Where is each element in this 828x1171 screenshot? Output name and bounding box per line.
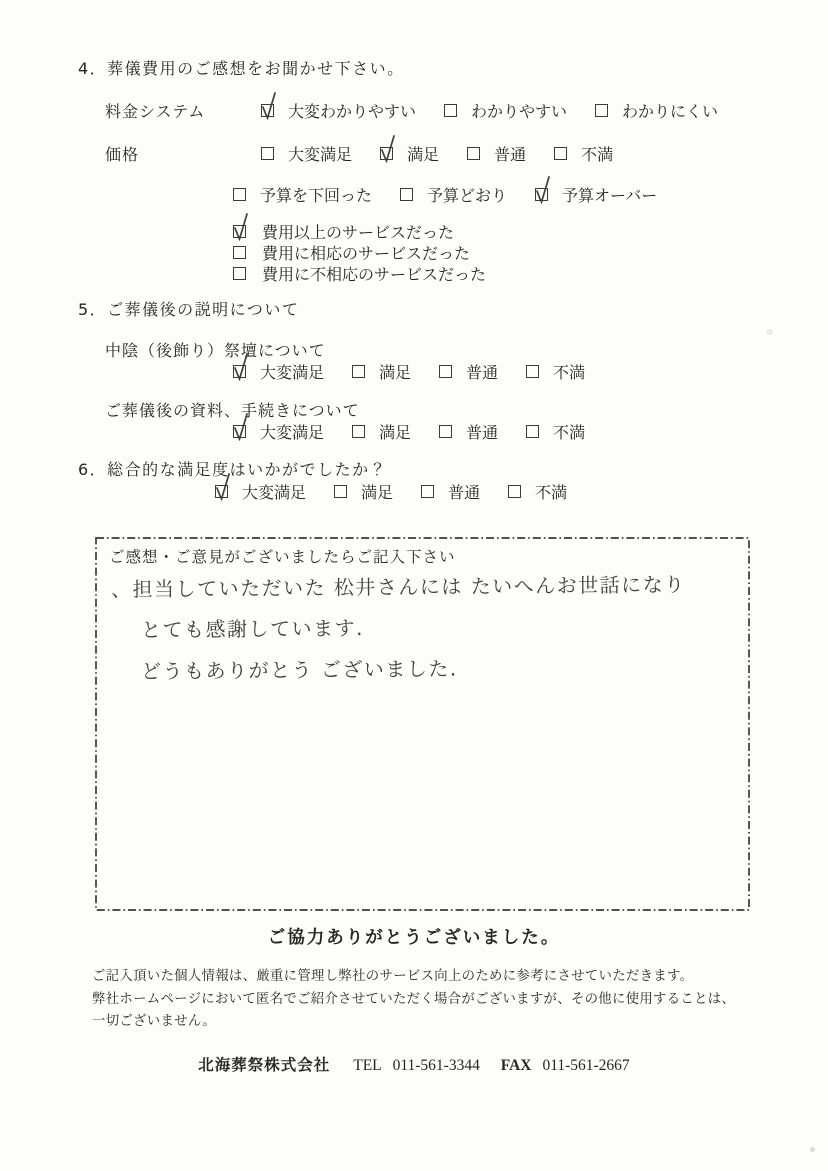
- checkbox[interactable]: [380, 147, 393, 160]
- option-label: 満足: [379, 420, 411, 443]
- option-label: 費用に不相応のサービスだった: [262, 262, 486, 285]
- checkbox[interactable]: [334, 485, 347, 498]
- privacy-line: 弊社ホームページにおいて匿名でご紹介させていただく場合がございますが、その他に使…: [92, 989, 735, 1012]
- q5-sub2-options: 大変満足 満足 普通 不満: [233, 420, 585, 443]
- checkbox[interactable]: [233, 246, 246, 259]
- option-label: 予算を下回った: [260, 183, 372, 206]
- option-label: 不満: [553, 420, 585, 443]
- checkbox[interactable]: [554, 147, 567, 160]
- option: 費用以上のサービスだった: [233, 221, 486, 242]
- option-label: 大変満足: [260, 360, 324, 383]
- option-label: 不満: [535, 480, 567, 503]
- option-label: 普通: [466, 360, 498, 383]
- checkbox[interactable]: [233, 225, 246, 238]
- q4-row-fee-system: 料金システム 大変わかりやすい わかりやすい わかりにくい: [105, 99, 718, 122]
- option: 満足: [352, 420, 411, 443]
- option-label: わかりやすい: [471, 99, 567, 122]
- q5-sub2-label: ご葬儀後の資料、手続きについて: [105, 398, 360, 421]
- checkbox[interactable]: [535, 188, 548, 201]
- check-mark-icon: [259, 91, 280, 121]
- option: 不満: [526, 360, 585, 383]
- checkbox[interactable]: [233, 365, 246, 378]
- checkbox[interactable]: [439, 425, 452, 438]
- option-label: 大変満足: [260, 420, 324, 443]
- company-name: 北海葬祭株式会社: [198, 1056, 330, 1074]
- q4-service-value-list: 費用以上のサービスだった 費用に相応のサービスだった 費用に不相応のサービスだっ…: [233, 221, 486, 284]
- option: 大変満足: [215, 480, 306, 503]
- option-label: 不満: [553, 360, 585, 383]
- option: 普通: [421, 480, 480, 503]
- option-label: 予算オーバー: [562, 183, 657, 206]
- checkbox[interactable]: [261, 104, 274, 117]
- check-mark-icon: [378, 134, 399, 164]
- closing-thanks: ご協力ありがとうございました。: [0, 924, 828, 949]
- check-mark-icon: [231, 212, 252, 242]
- checkbox[interactable]: [261, 147, 274, 160]
- privacy-line: 一切ございません。: [92, 1011, 735, 1034]
- option-label: 費用以上のサービスだった: [262, 220, 454, 243]
- q5-sub1-label: 中陰（後飾り）祭壇について: [105, 338, 326, 361]
- option-label: 費用に相応のサービスだった: [262, 241, 470, 264]
- option: 予算オーバー: [535, 183, 657, 206]
- checkbox[interactable]: [508, 485, 521, 498]
- option: 大変満足: [233, 360, 324, 383]
- fax-number: 011-561-2667: [542, 1057, 629, 1074]
- scan-smudge: [810, 1147, 815, 1152]
- fax-label: FAX: [501, 1057, 532, 1074]
- q4-title: 4．葬儀費用のご感想をお聞かせ下さい。: [78, 56, 405, 79]
- option: 費用に不相応のサービスだった: [233, 263, 486, 284]
- privacy-line: ご記入頂いた個人情報は、厳重に管理し弊社のサービス向上のために参考にさせていただ…: [92, 966, 735, 989]
- checkbox[interactable]: [233, 188, 246, 201]
- checkbox[interactable]: [595, 104, 608, 117]
- option-label: 普通: [448, 480, 480, 503]
- option: 予算どおり: [400, 183, 507, 206]
- option-label: 満足: [361, 480, 393, 503]
- handwritten-comment-line: とても感謝しています.: [141, 612, 364, 643]
- option-label: 大変満足: [242, 480, 306, 503]
- checkbox[interactable]: [421, 485, 434, 498]
- option-label: 大変満足: [288, 142, 352, 165]
- q4-row-budget: 予算を下回った 予算どおり 予算オーバー: [233, 183, 657, 206]
- option: 不満: [526, 420, 585, 443]
- comment-box-label: ご感想・ご意見がございましたらご記入下さい: [109, 545, 456, 567]
- option-label: わかりにくい: [622, 99, 718, 122]
- option: 満足: [334, 480, 393, 503]
- checkbox[interactable]: [215, 485, 228, 498]
- checkbox[interactable]: [526, 425, 539, 438]
- tel-number: 011-561-3344: [393, 1057, 480, 1074]
- option: 不満: [554, 142, 613, 165]
- option-label: 大変わかりやすい: [288, 99, 416, 122]
- checkbox[interactable]: [467, 147, 480, 160]
- checkbox[interactable]: [233, 267, 246, 280]
- option: 普通: [439, 420, 498, 443]
- q6-options: 大変満足 満足 普通 不満: [215, 480, 567, 503]
- option: 普通: [467, 142, 526, 165]
- checkbox[interactable]: [439, 365, 452, 378]
- option-label: 満足: [379, 360, 411, 383]
- checkbox[interactable]: [444, 104, 457, 117]
- footer-contact: 北海葬祭株式会社 TEL 011-561-3344 FAX 011-561-26…: [0, 1053, 828, 1075]
- option-label: 満足: [407, 142, 439, 165]
- q5-sub1-options: 大変満足 満足 普通 不満: [233, 360, 585, 383]
- privacy-note: ご記入頂いた個人情報は、厳重に管理し弊社のサービス向上のために参考にさせていただ…: [92, 966, 735, 1034]
- option: 大変わかりやすい: [261, 99, 416, 122]
- option-label: 不満: [581, 142, 613, 165]
- checkbox[interactable]: [233, 425, 246, 438]
- option: わかりやすい: [444, 99, 567, 122]
- q4-row2-label: 価格: [105, 142, 233, 165]
- handwritten-comment-line: 、担当していただいた 松井さんには たいへんお世話になり: [111, 568, 686, 602]
- q4-row-price: 価格 大変満足 満足 普通 不満: [105, 142, 613, 165]
- option: 不満: [508, 480, 567, 503]
- option: 大変満足: [261, 142, 352, 165]
- tel-label: TEL: [353, 1057, 381, 1074]
- q5-title: 5．ご葬儀後の説明について: [78, 297, 299, 320]
- checkbox[interactable]: [526, 365, 539, 378]
- checkbox[interactable]: [352, 425, 365, 438]
- option: 費用に相応のサービスだった: [233, 242, 486, 263]
- option-label: 予算どおり: [427, 183, 507, 206]
- checkbox[interactable]: [352, 365, 365, 378]
- check-mark-icon: [533, 175, 554, 205]
- scan-smudge: [766, 329, 773, 335]
- survey-form-page: 4．葬儀費用のご感想をお聞かせ下さい。 料金システム 大変わかりやすい わかりや…: [0, 0, 828, 1171]
- option-label: 普通: [466, 420, 498, 443]
- handwritten-comment-line: どうもありがとう ございました.: [141, 653, 458, 685]
- option-label: 普通: [494, 142, 526, 165]
- option: 普通: [439, 360, 498, 383]
- option: 予算を下回った: [233, 183, 372, 206]
- option: 満足: [380, 142, 439, 165]
- option: 大変満足: [233, 420, 324, 443]
- option: わかりにくい: [595, 99, 718, 122]
- option: 満足: [352, 360, 411, 383]
- q4-row1-label: 料金システム: [105, 99, 233, 122]
- q6-title: 6．総合的な満足度はいかがでしたか？: [78, 457, 387, 480]
- comment-box[interactable]: ご感想・ご意見がございましたらご記入下さい 、担当していただいた 松井さんには …: [95, 537, 750, 911]
- checkbox[interactable]: [400, 188, 413, 201]
